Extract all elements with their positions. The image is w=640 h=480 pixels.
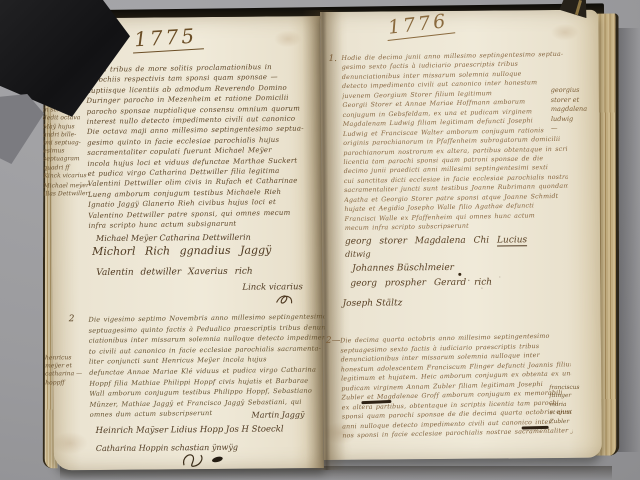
entry-body-text: Die vigesimo septimo Novembris anno mill… [88, 311, 325, 420]
year-heading-1775: 1775 [132, 23, 204, 53]
signature-names: georg storer Magdalena Chi [345, 236, 489, 247]
signature-line: Michael Meÿer Catharina Dettwillerin [96, 233, 251, 243]
margin-note: franciscusftlingermariaet annaZubler [549, 384, 601, 426]
manuscript-scan: 2 1775 1 ✝in scriptisdedit octavaMaÿ huj… [0, 0, 640, 480]
entry-body-text: Die decima quarta octobris anno millesim… [340, 331, 572, 441]
signature-line: Johannes Büschlmeier [352, 263, 454, 274]
entry-number: 2 [69, 314, 75, 324]
entry-number: 2— [326, 336, 341, 346]
margin-note-line: ludwig [551, 114, 599, 124]
margin-note-line: Zubler [550, 417, 602, 426]
margin-note: georgiusstorer etmagdalenaludwig— [551, 86, 599, 134]
entry-body-text: Hodie die decimo junii anno millesimo se… [341, 50, 568, 234]
signature-line: Michorl Rich ggnadius Jaggÿ [92, 243, 271, 258]
signature-line: georg prospher Gerard rich [350, 278, 492, 289]
margin-note: henricusmeÿer etcatharina —hoppff [45, 354, 95, 387]
margin-note-line: georgius [551, 86, 599, 96]
margin-note-line: magdalena [551, 105, 599, 115]
signature-underlined-name: Lucius [497, 235, 527, 246]
signature-line: Martin Jaggÿ [251, 410, 304, 419]
signature-line: Joseph Stältz [343, 298, 403, 309]
signature-line: Valentin detwiller Xaverius rich [96, 267, 252, 278]
signature-flourish [274, 292, 294, 306]
signature-line: Heinrich Maÿser Lidius Hopp Jos H Stoeck… [96, 424, 284, 436]
ink-specks [458, 273, 461, 276]
margin-note-line: — [551, 124, 599, 134]
margin-note-line: Kinck vicarius [43, 172, 93, 181]
open-register-book: 2 1775 1 ✝in scriptisdedit octavaMaÿ huj… [36, 1, 620, 478]
signature-line: ditwig [345, 250, 370, 259]
margin-note-line: hoppff [45, 379, 95, 388]
margin-note-line: storer et [551, 95, 599, 105]
signature-line: georg storer Magdalena Chi Lucius [345, 235, 527, 247]
entry-body-text: factis tribus de more solitis proclamati… [86, 61, 321, 231]
signature-flourish [180, 451, 206, 469]
signature-line: Catharina Hoppin schastian ÿnwÿg [96, 443, 238, 453]
entry-number: 1. [328, 54, 337, 64]
priest-signature: Linck vicarius [242, 282, 303, 293]
